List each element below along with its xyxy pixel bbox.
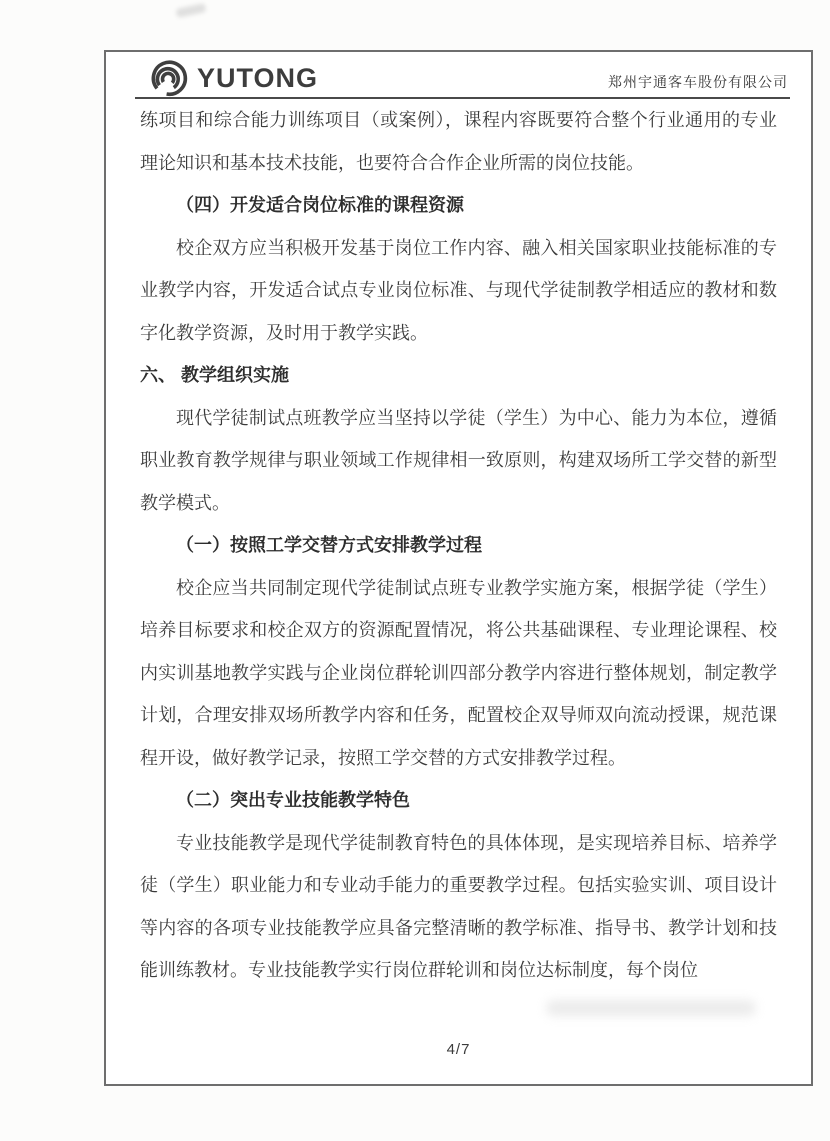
scan-artifact <box>546 1000 756 1016</box>
yutong-logo: YUTONG <box>147 58 318 98</box>
paragraph-continuation: 练项目和综合能力训练项目（或案例），课程内容既要符合整个行业通用的专业理论知识和… <box>140 99 777 184</box>
page-header: YUTONG 郑州宇通客车股份有限公司 <box>135 52 790 99</box>
paragraph: 校企应当共同制定现代学徒制试点班专业教学实施方案，根据学徒（学生）培养目标要求和… <box>140 567 777 780</box>
paragraph: 专业技能教学是现代学徒制教育特色的具体体现，是实现培养目标、培养学徒（学生）职业… <box>140 822 777 992</box>
scan-artifact <box>175 3 206 18</box>
company-name: 郑州宇通客车股份有限公司 <box>608 72 788 92</box>
logo-wordmark: YUTONG <box>197 63 318 94</box>
section-heading-6: 六、 教学组织实施 <box>140 354 777 397</box>
page-number: 4/7 <box>447 1041 471 1058</box>
document-page: YUTONG 郑州宇通客车股份有限公司 练项目和综合能力训练项目（或案例），课程… <box>104 50 813 1086</box>
scan-background: YUTONG 郑州宇通客车股份有限公司 练项目和综合能力训练项目（或案例），课程… <box>0 0 830 1141</box>
yutong-arcs-icon <box>147 58 191 98</box>
subheading-2: （二）突出专业技能教学特色 <box>140 779 777 822</box>
paragraph: 校企双方应当积极开发基于岗位工作内容、融入相关国家职业技能标准的专业教学内容，开… <box>140 227 777 355</box>
document-body: 练项目和综合能力训练项目（或案例），课程内容既要符合整个行业通用的专业理论知识和… <box>140 99 777 992</box>
subheading-1: （一）按照工学交替方式安排教学过程 <box>140 524 777 567</box>
paragraph: 现代学徒制试点班教学应当坚持以学徒（学生）为中心、能力为本位，遵循职业教育教学规… <box>140 397 777 525</box>
page-footer: 4/7 <box>106 1041 811 1058</box>
subheading-4: （四）开发适合岗位标准的课程资源 <box>140 184 777 227</box>
